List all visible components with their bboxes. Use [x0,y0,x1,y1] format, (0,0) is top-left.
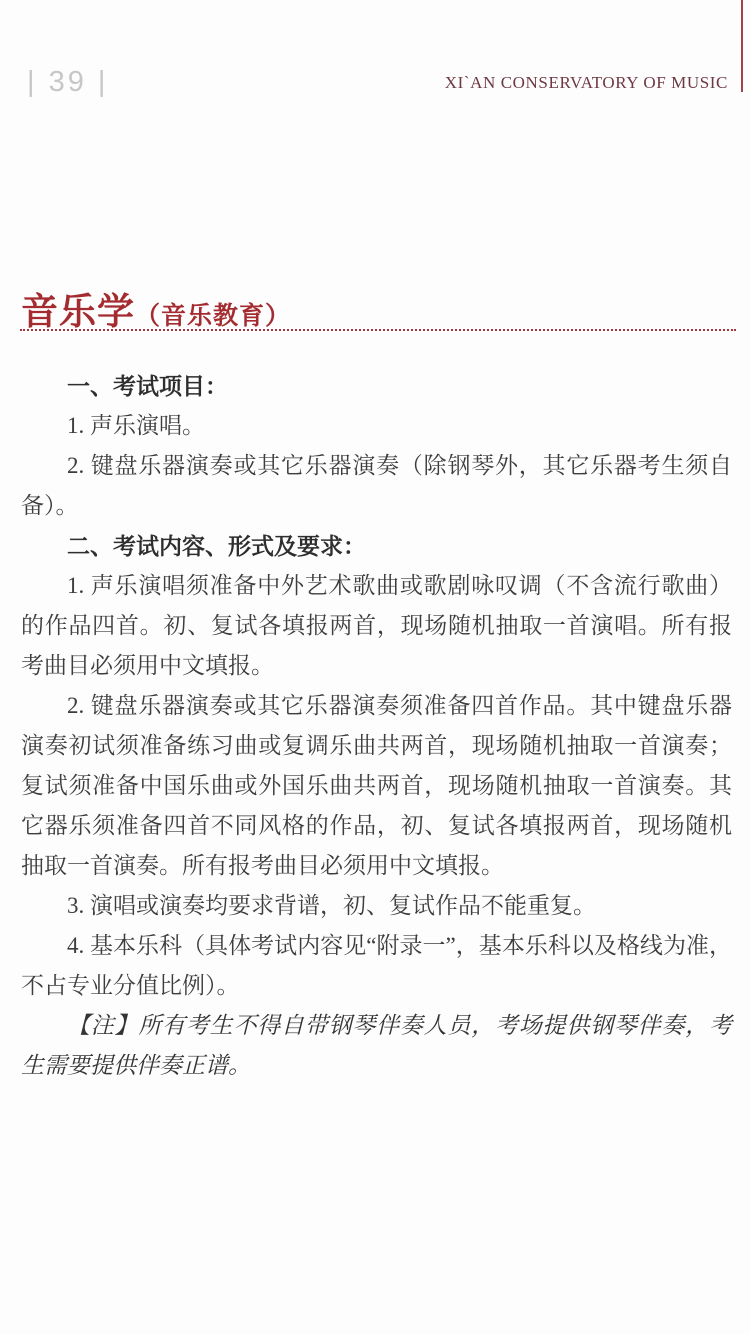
requirement-paragraph-4: 4. 基本乐科（具体考试内容见“附录一”，基本乐科以及格线为准，不占专业分值比例… [21,926,732,1006]
document-body: 一、考试项目： 1. 声乐演唱。 2. 键盘乐器演奏或其它乐器演奏（除钢琴外，其… [21,366,732,1086]
section-heading-exam-items: 一、考试项目： [21,366,732,406]
note-paragraph: 【注】所有考生不得自带钢琴伴奏人员，考场提供钢琴伴奏，考生需要提供伴奏正谱。 [21,1006,732,1086]
title-divider [20,329,736,331]
exam-item-1: 1. 声乐演唱。 [21,406,732,446]
exam-item-2: 2. 键盘乐器演奏或其它乐器演奏（除钢琴外，其它乐器考生须自备）。 [21,446,732,526]
section-heading-exam-requirements: 二、考试内容、形式及要求： [21,526,732,566]
page-title: 音乐学（音乐教育） [21,281,291,335]
page-number: | 39 | [27,66,108,99]
requirement-paragraph-3: 3. 演唱或演奏均要求背谱，初、复试作品不能重复。 [21,886,732,926]
requirement-paragraph-2: 2. 键盘乐器演奏或其它乐器演奏须准备四首作品。其中键盘乐器演奏初试须准备练习曲… [21,686,732,886]
corner-accent-bar [741,0,743,92]
institution-name: XI`AN CONSERVATORY OF MUSIC [445,73,728,93]
document-page: | 39 | XI`AN CONSERVATORY OF MUSIC 音乐学（音… [0,0,750,1334]
title-sub: （音乐教育） [135,302,291,330]
title-main: 音乐学 [21,291,135,332]
requirement-paragraph-1: 1. 声乐演唱须准备中外艺术歌曲或歌剧咏叹调（不含流行歌曲）的作品四首。初、复试… [21,566,732,686]
